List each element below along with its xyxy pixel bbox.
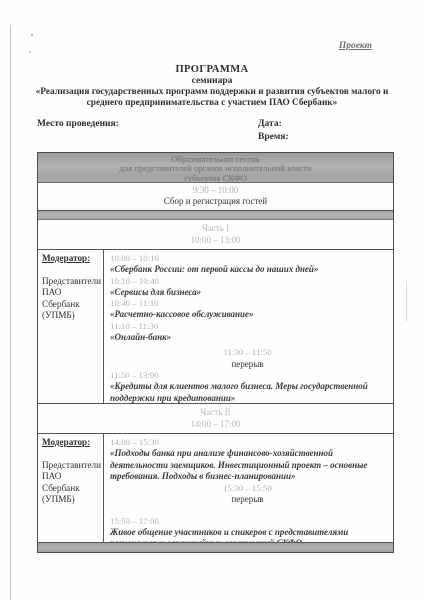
time-label: Время: (258, 132, 289, 142)
venue-label: Место проведения: (37, 119, 119, 129)
break-time: 11:30 – 11:50 (110, 347, 385, 358)
moderator-value: Представители ПАО Сбербанк (УПМБ) (42, 460, 101, 506)
agenda-item-time: 11:10 – 11:30 (110, 321, 385, 332)
seminar-subtitle: семинара (0, 76, 424, 86)
break-block: 11:30 – 11:50 перерыв (110, 347, 385, 370)
part1-header: Часть I 10:00 – 13:00 (38, 220, 393, 250)
scan-artifact-dot (31, 34, 33, 36)
agenda-item-title: «Сервисы для бизнеса» (110, 287, 385, 298)
agenda-item-time: 14:00 – 15:30 (110, 437, 385, 448)
part2-time: 14:00 – 17:00 (38, 419, 393, 431)
scanned-program-document: Проект ПРОГРАММА семинара «Реализация го… (0, 0, 424, 600)
moderator-label: Модератор: (42, 437, 101, 449)
break-label: перерыв (110, 359, 385, 370)
agenda-item-time: 15:50 – 17:00 (110, 516, 385, 527)
date-label: Дата: (258, 119, 282, 129)
break-time: 15:30 – 15:50 (110, 483, 385, 494)
agenda-item-time: 10:10 – 10:40 (110, 276, 385, 287)
moderator-value: Представители ПАО Сбербанк (УПМБ) (42, 276, 101, 322)
registration-row: 9:30 – 10:00 Сбор и регистрация гостей (38, 183, 393, 211)
program-title: ПРОГРАММА (0, 64, 424, 75)
part2-title: Часть II (38, 407, 393, 419)
agenda-item-title: «Сбербанк России: от первой кассы до наш… (110, 264, 385, 275)
bottom-band (38, 542, 393, 552)
agenda-item-title: «Подходы банка при анализе финансово-хоз… (110, 448, 385, 482)
part1-moderator-cell: Модератор: Представители ПАО Сбербанк (У… (38, 250, 104, 403)
document-heading: ПРОГРАММА семинара «Реализация государст… (0, 64, 424, 108)
part2-agenda-cell: 14:00 – 15:30 «Подходы банка при анализе… (104, 434, 393, 542)
break-label: перерыв (110, 494, 385, 505)
part2-body-row: Модератор: Представители ПАО Сбербанк (У… (38, 434, 393, 542)
moderator-label: Модератор: (42, 253, 101, 265)
agenda-item-title: «Расчетно-кассовое обслуживание» (110, 309, 385, 320)
session-header-band: Образовательная сессия для представителе… (38, 153, 393, 183)
agenda-item-title: «Онлайн-банк» (110, 332, 385, 343)
seminar-name-line-2: среднего предпринимательства с участием … (0, 98, 424, 108)
part2-moderator-cell: Модератор: Представители ПАО Сбербанк (У… (38, 434, 104, 542)
registration-label: Сбор и регистрация гостей (38, 196, 393, 207)
part1-body-row: Модератор: Представители ПАО Сбербанк (У… (38, 250, 393, 404)
registration-time: 9:30 – 10:00 (38, 185, 393, 196)
part2-header: Часть II 14:00 – 17:00 (38, 404, 393, 434)
part1-agenda-cell: 10:00 – 10:10 «Сбербанк России: от перво… (104, 250, 393, 403)
scan-artifact-dot (29, 51, 31, 53)
session-header-line-3: субъектов СКФО (42, 174, 389, 183)
agenda-item-time: 11:50 – 13:00 (110, 370, 385, 381)
agenda-item-title: Живое общение участников и спикеров с пр… (110, 527, 385, 542)
agenda-item-title: «Кредиты для клиентов малого бизнеса. Ме… (110, 381, 385, 404)
part1-time: 10:00 – 13:00 (38, 235, 393, 247)
scan-artifact-line (10, 25, 11, 600)
part1-title: Часть I (38, 223, 393, 235)
agenda-item-time: 10:40 – 11:10 (110, 298, 385, 309)
scan-artifact-mark (406, 283, 407, 321)
agenda-item-time: 10:00 – 10:10 (110, 253, 385, 264)
draft-stamp: Проект (339, 41, 372, 51)
program-table: Образовательная сессия для представителе… (37, 152, 394, 553)
seminar-name-line-1: «Реализация государственных программ под… (0, 87, 424, 97)
break-block: 15:30 – 15:50 перерыв (110, 483, 385, 506)
separator-band (38, 211, 393, 220)
